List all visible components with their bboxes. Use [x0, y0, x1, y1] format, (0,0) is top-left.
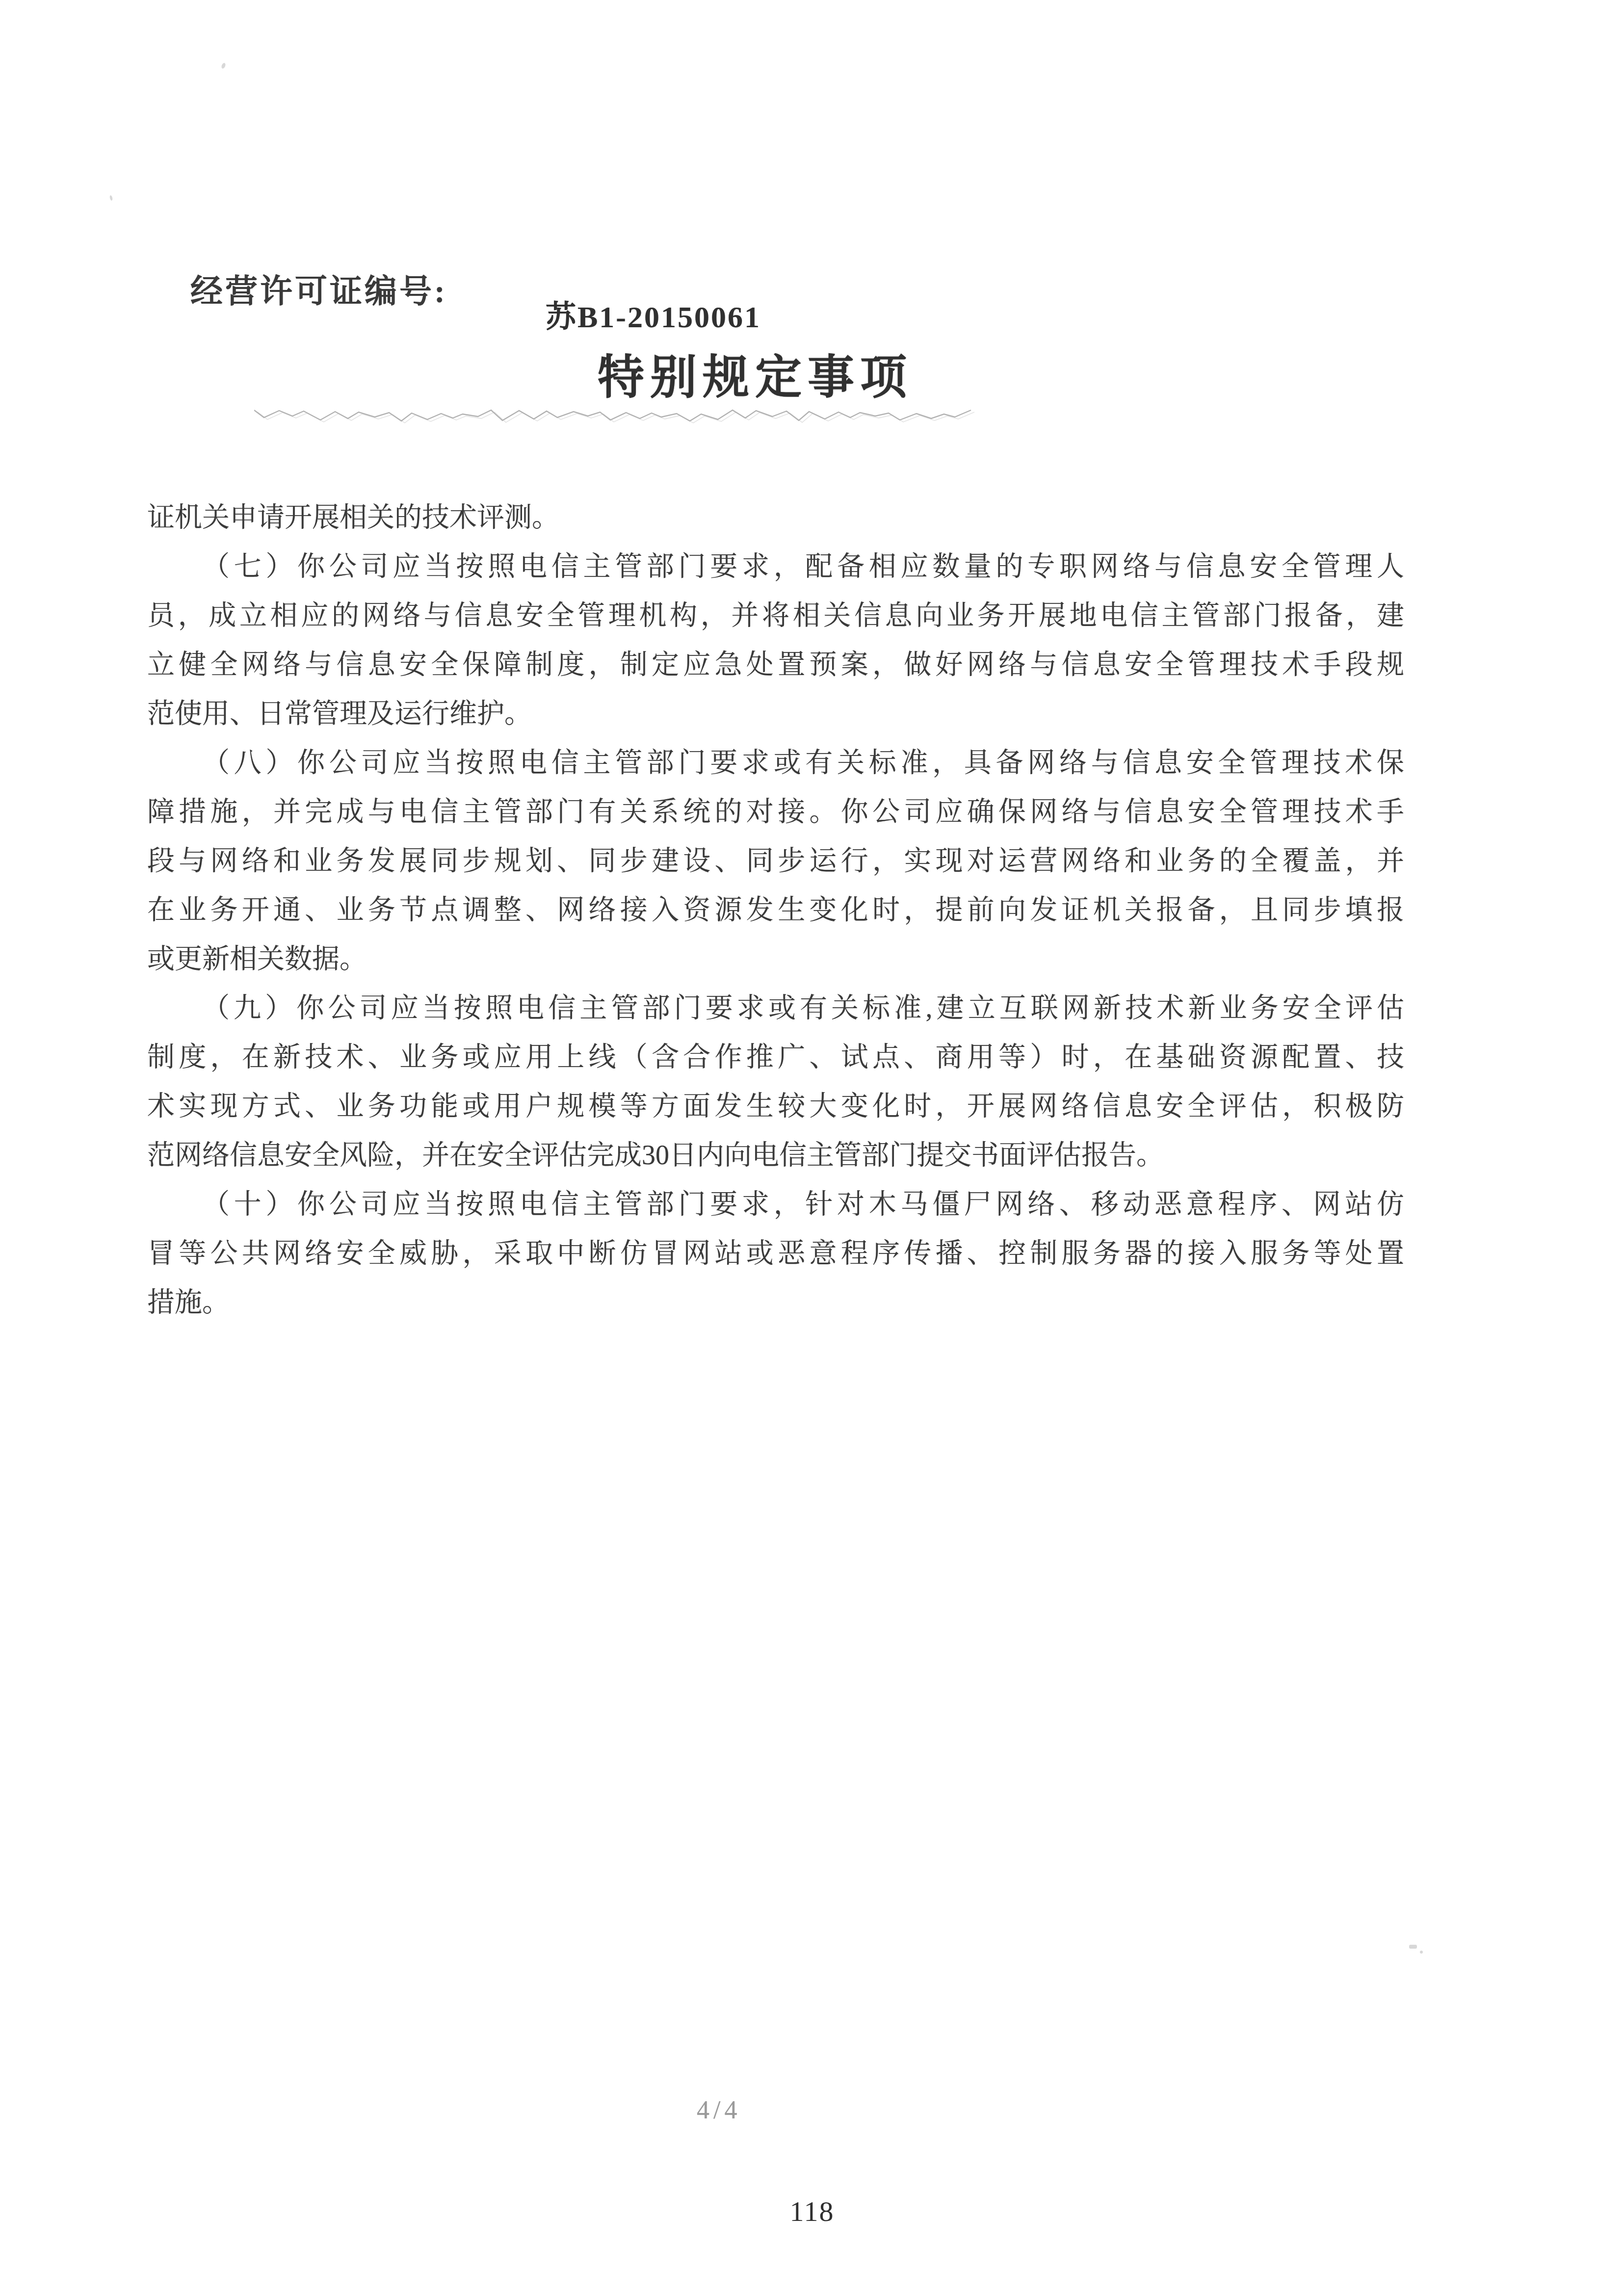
body-text: 证机关申请开展相关的技术评测。（七）你公司应当按照电信主管部门要求，配备相应数量…	[147, 493, 1404, 1327]
body-line: 障措施，并完成与电信主管部门有关系统的对接。你公司应确保网络与信息安全管理技术手	[147, 787, 1404, 836]
body-line: （九）你公司应当按照电信主管部门要求或有关标准,建立互联网新技术新业务安全评估	[147, 984, 1404, 1033]
body-line: （八）你公司应当按照电信主管部门要求或有关标准，具备网络与信息安全管理技术保	[147, 738, 1404, 787]
scan-speck	[1420, 1951, 1423, 1954]
body-line: 或更新相关数据。	[147, 935, 1404, 984]
scanned-document-page: 经营许可证编号: 苏B1-20150061 特别规定事项 证机关申请开展相关的技…	[0, 0, 1624, 2296]
license-number-value: 苏B1-20150061	[546, 292, 761, 336]
body-line: 范网络信息安全风险，并在安全评估完成30日内向电信主管部门提交书面评估报告。	[147, 1131, 1404, 1180]
body-line: 员，成立相应的网络与信息安全管理机构，并将相关信息向业务开展地电信主管部门报备，…	[147, 591, 1404, 640]
license-number-label: 经营许可证编号:	[190, 265, 447, 312]
body-line: 立健全网络与信息安全保障制度，制定应急处置预案，做好网络与信息安全管理技术手段规	[147, 640, 1404, 689]
body-line: 范使用、日常管理及运行维护。	[147, 689, 1404, 738]
body-line: 证机关申请开展相关的技术评测。	[147, 493, 1404, 542]
document-title: 特别规定事项	[598, 340, 913, 407]
body-line: 冒等公共网络安全威胁，采取中断仿冒网站或恶意程序传播、控制服务器的接入服务等处置	[147, 1229, 1404, 1278]
scan-speck	[1409, 1945, 1417, 1949]
body-line: 在业务开通、业务节点调整、网络接入资源发生变化时，提前向发证机关报备，且同步填报	[147, 886, 1404, 935]
scan-speck	[221, 62, 226, 69]
body-line: （十）你公司应当按照电信主管部门要求，针对木马僵尸网络、移动恶意程序、网站仿	[147, 1180, 1404, 1229]
footer-sheet-indicator: 4/4	[697, 2096, 741, 2125]
body-line: 术实现方式、业务功能或用户规模等方面发生较大变化时，开展网络信息安全评估，积极防	[147, 1082, 1404, 1131]
body-line: 段与网络和业务发展同步规划、同步建设、同步运行，实现对运营网络和业务的全覆盖，并	[147, 836, 1404, 886]
body-line: 制度，在新技术、业务或应用上线（含合作推广、试点、商用等）时，在基础资源配置、技	[147, 1033, 1404, 1082]
scan-speck	[109, 195, 113, 201]
footer-page-number: 118	[0, 2195, 1624, 2228]
body-line: （七）你公司应当按照电信主管部门要求，配备相应数量的专职网络与信息安全管理人	[147, 542, 1404, 591]
body-line: 措施。	[147, 1278, 1404, 1327]
wavy-underline-decoration	[254, 406, 985, 428]
